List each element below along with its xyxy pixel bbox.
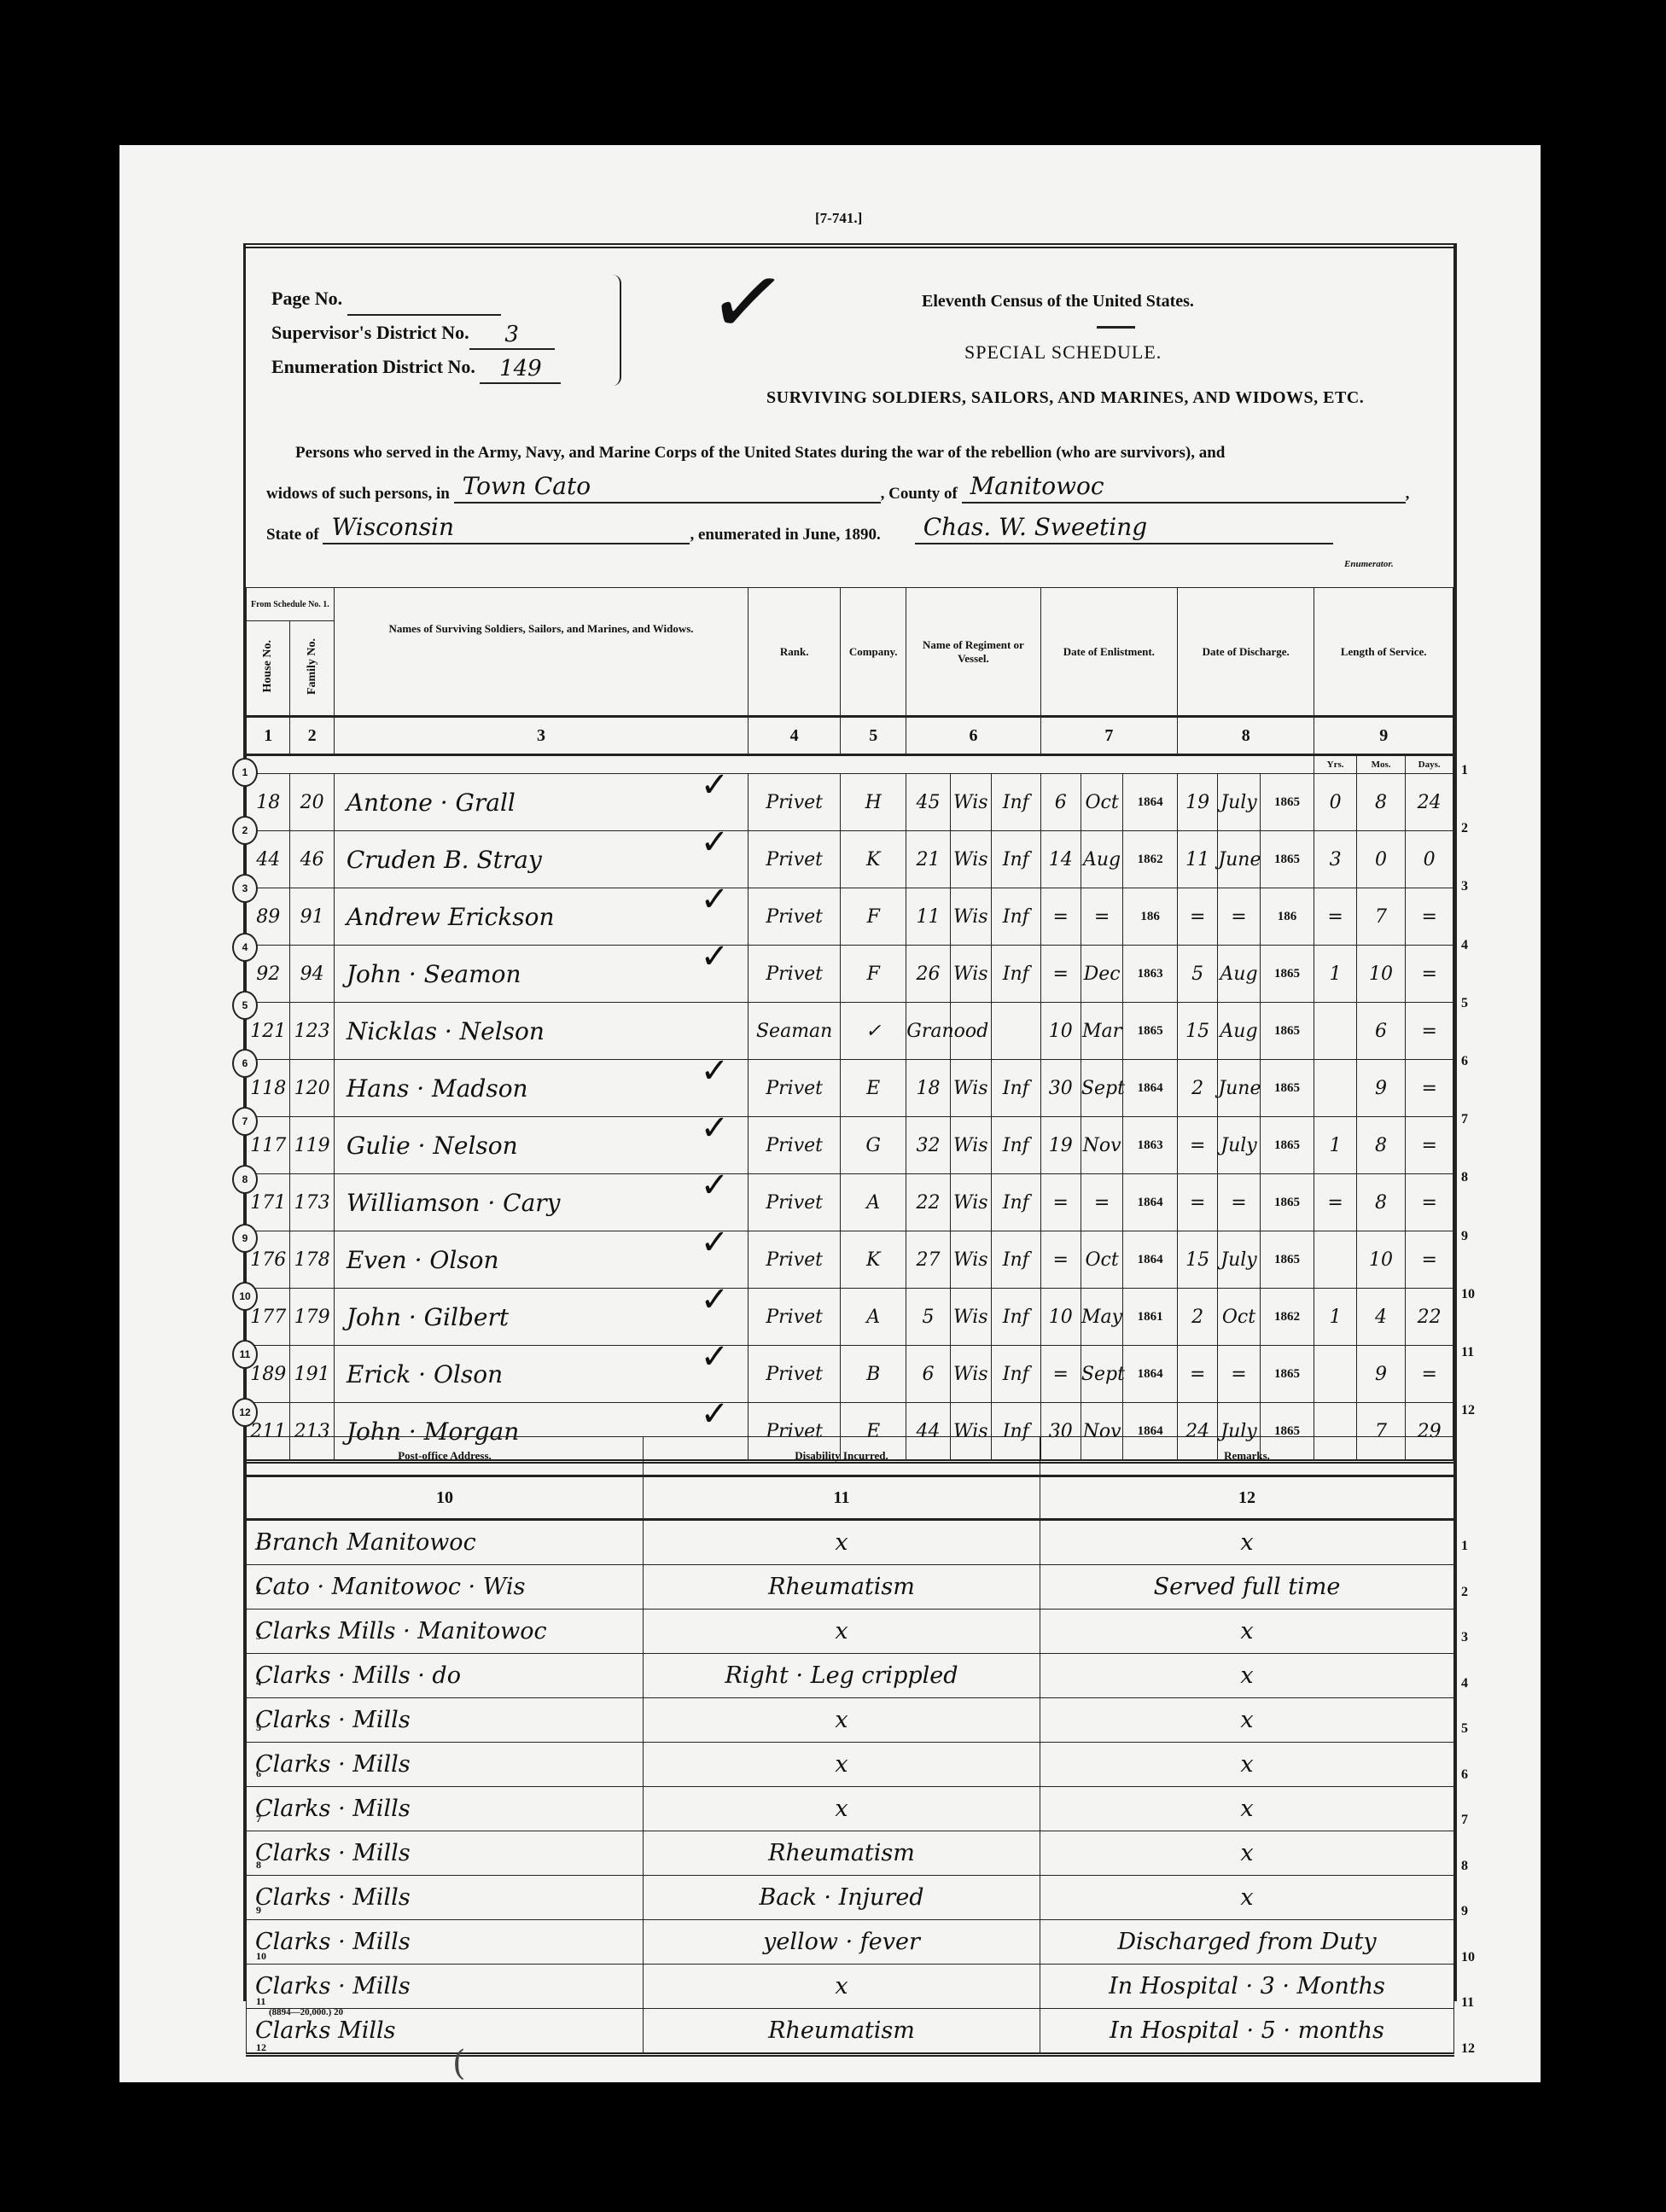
cell-dis-year[interactable]: 1865: [1260, 1117, 1314, 1174]
cell-disability[interactable]: Rheumatism: [644, 1565, 1040, 1610]
cell-address[interactable]: Clarks · Mills: [247, 1965, 644, 2009]
cell-address[interactable]: Clarks · Mills: [247, 1743, 644, 1787]
cell-reg-type[interactable]: Inf: [992, 831, 1041, 888]
cell-address[interactable]: Clarks · Mills: [247, 1787, 644, 1831]
cell-company[interactable]: F: [841, 946, 906, 1003]
cell-reg-type[interactable]: Inf: [992, 946, 1041, 1003]
cell-reg-no[interactable]: 26: [906, 946, 950, 1003]
cell-disability[interactable]: Rheumatism: [644, 2009, 1040, 2055]
cell-enl-year[interactable]: 1864: [1123, 1174, 1178, 1231]
cell-dis-month[interactable]: =: [1218, 1174, 1260, 1231]
cell-enl-year[interactable]: 1863: [1123, 946, 1178, 1003]
left-line-number: 8: [256, 1859, 261, 1871]
soldier-row: 4446Cruden B. Stray✓PrivetK21WisInf14Aug…: [247, 831, 1453, 888]
cell-dis-year[interactable]: 186: [1260, 888, 1314, 946]
cell-dis-year[interactable]: 1865: [1260, 831, 1314, 888]
cell-reg-state[interactable]: Wis: [950, 888, 991, 946]
cell-text: June: [1218, 849, 1261, 870]
cell-company[interactable]: K: [841, 1231, 906, 1289]
cell-reg-state[interactable]: Wis: [950, 1289, 991, 1346]
cell-remarks[interactable]: Discharged from Duty: [1040, 1920, 1454, 1965]
cell-remarks[interactable]: x: [1040, 1654, 1454, 1698]
town-field[interactable]: Town Cato: [454, 471, 881, 504]
stray-mark: (: [452, 2044, 466, 2083]
cell-text: =: [1231, 1364, 1246, 1385]
cell-address[interactable]: Clarks · Mills: [247, 1876, 644, 1920]
cell-text: 1865: [1274, 1253, 1300, 1266]
cell-days[interactable]: =: [1406, 1346, 1453, 1403]
cell-rank[interactable]: Privet: [749, 946, 841, 1003]
left-line-number: 9: [256, 1904, 261, 1917]
cell-remarks[interactable]: x: [1040, 1520, 1454, 1565]
col-num-2: 2: [290, 717, 334, 755]
cell-reg-no[interactable]: 32: [906, 1117, 950, 1174]
cell-mos[interactable]: 7: [1356, 888, 1406, 946]
cell-enl-month[interactable]: Oct: [1081, 774, 1122, 831]
circled-line-number: 6: [232, 1049, 258, 1078]
cell-dis-day[interactable]: =: [1178, 888, 1218, 946]
cell-family[interactable]: 91: [290, 888, 334, 946]
cell-mos[interactable]: 8: [1356, 774, 1406, 831]
cell-days[interactable]: =: [1406, 888, 1453, 946]
cell-enl-month[interactable]: Dec: [1081, 946, 1122, 1003]
cell-text: 1: [1330, 1135, 1342, 1156]
cell-enl-day[interactable]: 10: [1040, 1289, 1081, 1346]
cell-company[interactable]: K: [841, 831, 906, 888]
cell-reg-state[interactable]: Wis: [950, 946, 991, 1003]
cell-text: Sept: [1081, 1078, 1125, 1099]
cell-dis-year[interactable]: 1862: [1260, 1289, 1314, 1346]
cell-company[interactable]: A: [841, 1289, 906, 1346]
cell-address[interactable]: Clarks · Mills · do: [247, 1654, 644, 1698]
cell-enl-day[interactable]: =: [1040, 1231, 1081, 1289]
cell-dis-month[interactable]: Oct: [1218, 1289, 1260, 1346]
cell-company[interactable]: F: [841, 888, 906, 946]
cell-dis-month[interactable]: July: [1218, 1117, 1260, 1174]
widows-label: widows of such persons, in: [266, 485, 450, 504]
cell-reg-no[interactable]: 5: [906, 1289, 950, 1346]
soldier-row: 177179John · Gilbert✓PrivetA5WisInf10May…: [247, 1289, 1453, 1346]
cell-disability[interactable]: x: [644, 1787, 1040, 1831]
cell-dis-month[interactable]: July: [1218, 1231, 1260, 1289]
cell-text: 186: [1140, 910, 1160, 923]
cell-reg-no[interactable]: Granood: [906, 1003, 950, 1060]
cell-enl-day[interactable]: 10: [1040, 1003, 1081, 1060]
cell-dis-day[interactable]: =: [1178, 1117, 1218, 1174]
cell-text: =: [1327, 1192, 1343, 1214]
yrs-subheader: Yrs.: [1314, 755, 1356, 774]
cell-reg-state[interactable]: Wis: [950, 831, 991, 888]
cell-reg-type[interactable]: Inf: [992, 888, 1041, 946]
cell-days[interactable]: =: [1406, 946, 1453, 1003]
cell-reg-type[interactable]: [992, 1003, 1041, 1060]
cell-enl-year[interactable]: 1862: [1123, 831, 1178, 888]
cell-dis-year[interactable]: 1865: [1260, 774, 1314, 831]
cell-text: 2: [1191, 1307, 1203, 1328]
cell-dis-day[interactable]: 15: [1178, 1003, 1218, 1060]
cell-text: 19: [1049, 1135, 1073, 1156]
cell-rank[interactable]: Privet: [749, 1174, 841, 1231]
cell-days[interactable]: 0: [1406, 831, 1453, 888]
cell-company[interactable]: G: [841, 1117, 906, 1174]
cell-dis-month[interactable]: Aug: [1218, 946, 1260, 1003]
cell-dis-day[interactable]: 15: [1178, 1231, 1218, 1289]
cell-enl-day[interactable]: 30: [1040, 1060, 1081, 1117]
cell-text: 30: [1049, 1078, 1073, 1099]
cell-name[interactable]: John · Seamon✓: [334, 946, 748, 1003]
cell-text: Wis: [953, 1135, 988, 1156]
cell-name[interactable]: John · Gilbert✓: [334, 1289, 748, 1346]
cell-text: 176: [250, 1249, 286, 1271]
cell-family[interactable]: 46: [290, 831, 334, 888]
cell-days[interactable]: 22: [1406, 1289, 1453, 1346]
cell-enl-day[interactable]: 19: [1040, 1117, 1081, 1174]
cell-disability[interactable]: x: [644, 1743, 1040, 1787]
cell-text: 27: [916, 1249, 940, 1271]
cell-dis-day[interactable]: =: [1178, 1346, 1218, 1403]
cell-rank[interactable]: Privet: [749, 831, 841, 888]
cell-family[interactable]: 120: [290, 1060, 334, 1117]
cell-disability[interactable]: x: [644, 1520, 1040, 1565]
cell-yrs[interactable]: 1: [1314, 1289, 1356, 1346]
cell-days[interactable]: =: [1406, 1060, 1453, 1117]
cell-enl-month[interactable]: Nov: [1081, 1117, 1122, 1174]
cell-text: Wis: [953, 1078, 988, 1099]
cell-rank[interactable]: Privet: [749, 1060, 841, 1117]
cell-text: Inf: [1003, 1249, 1029, 1271]
cell-reg-state[interactable]: Wis: [950, 1174, 991, 1231]
cell-text: John · Seamon: [347, 960, 521, 988]
cell-dis-year[interactable]: 1865: [1260, 1060, 1314, 1117]
cell-text: 1864: [1138, 795, 1163, 809]
cell-mos[interactable]: 8: [1356, 1174, 1406, 1231]
cell-text: July: [1220, 792, 1256, 813]
cell-text: Wis: [953, 849, 988, 870]
cell-reg-type[interactable]: Inf: [992, 1174, 1041, 1231]
cell-text: Aug: [1220, 1021, 1257, 1042]
cell-yrs[interactable]: [1314, 1231, 1356, 1289]
check-mark-icon: ✓: [701, 765, 730, 805]
cell-text: =: [1053, 963, 1069, 985]
cell-dis-year[interactable]: 1865: [1260, 1346, 1314, 1403]
cell-remarks[interactable]: x: [1040, 1831, 1454, 1876]
cell-dis-day[interactable]: 2: [1178, 1060, 1218, 1117]
line-number: 11: [1461, 1345, 1474, 1360]
cell-name[interactable]: Andrew Erickson✓: [334, 888, 748, 946]
cell-yrs[interactable]: 0: [1314, 774, 1356, 831]
cell-enl-month[interactable]: Oct: [1081, 1231, 1122, 1289]
cell-reg-type[interactable]: Inf: [992, 1060, 1041, 1117]
cell-text: Wis: [953, 1307, 988, 1328]
cell-enl-year[interactable]: 1861: [1123, 1289, 1178, 1346]
cell-rank[interactable]: Privet: [749, 774, 841, 831]
cell-yrs[interactable]: 3: [1314, 831, 1356, 888]
cell-text: 0: [1375, 849, 1387, 870]
circled-line-number: 1: [232, 758, 258, 787]
cell-company[interactable]: A: [841, 1174, 906, 1231]
cell-dis-month[interactable]: July: [1218, 774, 1260, 831]
cell-remarks[interactable]: x: [1040, 1876, 1454, 1920]
cell-reg-type[interactable]: Inf: [992, 1117, 1041, 1174]
cell-enl-day[interactable]: =: [1040, 1174, 1081, 1231]
cell-enl-year[interactable]: 1864: [1123, 1231, 1178, 1289]
cell-text: 1861: [1138, 1310, 1163, 1324]
cell-family[interactable]: 178: [290, 1231, 334, 1289]
cell-rank[interactable]: Privet: [749, 1346, 841, 1403]
cell-reg-no[interactable]: 21: [906, 831, 950, 888]
cell-days[interactable]: =: [1406, 1231, 1453, 1289]
cell-text: 123: [294, 1021, 330, 1042]
cell-reg-no[interactable]: 6: [906, 1346, 950, 1403]
cell-company[interactable]: H: [841, 774, 906, 831]
cell-name[interactable]: Cruden B. Stray✓: [334, 831, 748, 888]
cell-text: 92: [256, 963, 280, 985]
cell-rank[interactable]: Seaman: [749, 1003, 841, 1060]
cell-dis-month[interactable]: June: [1218, 831, 1260, 888]
line-number: 11: [1461, 1995, 1474, 2011]
cell-text: 171: [250, 1192, 286, 1214]
from-schedule-header: From Schedule No. 1.: [247, 588, 335, 621]
cell-enl-month[interactable]: Mar: [1081, 1003, 1122, 1060]
cell-family[interactable]: 179: [290, 1289, 334, 1346]
cell-rank[interactable]: Privet: [749, 888, 841, 946]
page-no-field[interactable]: [347, 287, 501, 316]
cell-text: G: [865, 1135, 881, 1156]
cell-name[interactable]: Antone · Grall✓: [334, 774, 748, 831]
cell-days[interactable]: =: [1406, 1003, 1453, 1060]
cell-text: 10: [1049, 1307, 1073, 1328]
address-row: Clarks · MillsBack · Injuredx: [247, 1876, 1454, 1920]
cell-text: 5: [1191, 963, 1203, 985]
cell-reg-state[interactable]: Wis: [950, 774, 991, 831]
cell-enl-day[interactable]: 14: [1040, 831, 1081, 888]
cell-mos[interactable]: 4: [1356, 1289, 1406, 1346]
cell-text: 118: [250, 1078, 286, 1099]
enumerator-signature[interactable]: Chas. W. Sweeting: [915, 512, 1333, 544]
cell-dis-year[interactable]: 1865: [1260, 1174, 1314, 1231]
cell-enl-day[interactable]: =: [1040, 1346, 1081, 1403]
cell-name[interactable]: Hans · Madson✓: [334, 1060, 748, 1117]
cell-dis-year[interactable]: 1865: [1260, 1231, 1314, 1289]
cell-text: H: [865, 792, 882, 813]
cell-remarks[interactable]: x: [1040, 1610, 1454, 1654]
cell-disability[interactable]: Right · Leg crippled: [644, 1654, 1040, 1698]
cell-reg-state[interactable]: Wis: [950, 1060, 991, 1117]
cell-reg-no[interactable]: 18: [906, 1060, 950, 1117]
cell-enl-day[interactable]: =: [1040, 946, 1081, 1003]
cell-rank[interactable]: Privet: [749, 1231, 841, 1289]
cell-enl-month[interactable]: May: [1081, 1289, 1122, 1346]
cell-company[interactable]: ✓: [841, 1003, 906, 1060]
cell-text: =: [1421, 1078, 1436, 1099]
cell-text: 89: [256, 906, 280, 928]
cell-name[interactable]: Nicklas · Nelson: [334, 1003, 748, 1060]
cell-reg-state[interactable]: Wis: [950, 1231, 991, 1289]
cell-text: Privet: [766, 849, 823, 870]
cell-company[interactable]: B: [841, 1346, 906, 1403]
cell-family[interactable]: 94: [290, 946, 334, 1003]
cell-text: Privet: [766, 963, 823, 985]
cell-yrs[interactable]: [1314, 1060, 1356, 1117]
cell-text: 189: [250, 1364, 286, 1385]
cell-reg-no[interactable]: 27: [906, 1231, 950, 1289]
cell-family[interactable]: 173: [290, 1174, 334, 1231]
col-num-11: 11: [644, 1476, 1040, 1520]
cell-text: 3: [1330, 849, 1342, 870]
cell-text: Oct: [1085, 1249, 1118, 1271]
cell-name[interactable]: Erick · Olson✓: [334, 1346, 748, 1403]
cell-yrs[interactable]: [1314, 1346, 1356, 1403]
cell-text: 1864: [1138, 1196, 1163, 1209]
cell-company[interactable]: E: [841, 1060, 906, 1117]
cell-reg-type[interactable]: Inf: [992, 1346, 1041, 1403]
cell-dis-day[interactable]: 5: [1178, 946, 1218, 1003]
cell-dis-month[interactable]: June: [1218, 1060, 1260, 1117]
cell-enl-year[interactable]: 1864: [1123, 774, 1178, 831]
cell-dis-month[interactable]: Aug: [1218, 1003, 1260, 1060]
county-label: , County of: [881, 485, 958, 504]
cell-days[interactable]: =: [1406, 1117, 1453, 1174]
cell-enl-month[interactable]: Sept: [1081, 1060, 1122, 1117]
cell-remarks[interactable]: x: [1040, 1787, 1454, 1831]
cell-name[interactable]: Gulie · Nelson✓: [334, 1117, 748, 1174]
cell-family[interactable]: 123: [290, 1003, 334, 1060]
cell-name[interactable]: Williamson · Cary✓: [334, 1174, 748, 1231]
brace-decoration: [613, 275, 621, 386]
cell-text: 121: [250, 1021, 286, 1042]
cell-address[interactable]: Clarks Mills · Manitowoc: [247, 1610, 644, 1654]
cell-remarks[interactable]: In Hospital · 5 · months: [1040, 2009, 1454, 2055]
cell-enl-month[interactable]: Sept: [1081, 1346, 1122, 1403]
cell-yrs[interactable]: 1: [1314, 1117, 1356, 1174]
cell-dis-month[interactable]: =: [1218, 1346, 1260, 1403]
cell-enl-year[interactable]: 1864: [1123, 1346, 1178, 1403]
cell-address[interactable]: Clarks · Mills: [247, 1698, 644, 1743]
enumeration-district-field[interactable]: 149: [480, 355, 561, 384]
cell-mos[interactable]: 10: [1356, 1231, 1406, 1289]
supervisor-district-field[interactable]: 3: [469, 321, 555, 350]
cell-enl-year[interactable]: 186: [1123, 888, 1178, 946]
cell-enl-month[interactable]: Aug: [1081, 831, 1122, 888]
cell-disability[interactable]: x: [644, 1698, 1040, 1743]
cell-disability[interactable]: Back · Injured: [644, 1876, 1040, 1920]
county-field[interactable]: Manitowoc: [962, 471, 1406, 504]
district-block: Page No. Supervisor's District No.3 Enum…: [271, 282, 561, 384]
line-number: 5: [1461, 1721, 1468, 1737]
supervisor-label: Supervisor's District No.: [271, 316, 469, 350]
cell-rank[interactable]: Privet: [749, 1117, 841, 1174]
cell-text: Wis: [953, 906, 988, 928]
cell-reg-no[interactable]: 45: [906, 774, 950, 831]
cell-mos[interactable]: 9: [1356, 1060, 1406, 1117]
cell-enl-month[interactable]: =: [1081, 888, 1122, 946]
cell-remarks[interactable]: In Hospital · 3 · Months: [1040, 1965, 1454, 2009]
cell-text: =: [1421, 1135, 1436, 1156]
state-field[interactable]: Wisconsin: [323, 512, 690, 544]
cell-days[interactable]: 24: [1406, 774, 1453, 831]
cell-text: 186: [1278, 910, 1297, 923]
line-number: 7: [1461, 1112, 1468, 1127]
cell-reg-type[interactable]: Inf: [992, 1289, 1041, 1346]
cell-rank[interactable]: Privet: [749, 1289, 841, 1346]
cell-days[interactable]: =: [1406, 1174, 1453, 1231]
cell-family[interactable]: 119: [290, 1117, 334, 1174]
cell-mos[interactable]: 9: [1356, 1346, 1406, 1403]
cell-reg-no[interactable]: 11: [906, 888, 950, 946]
cell-text: 10: [1369, 1249, 1393, 1271]
cell-reg-type[interactable]: Inf: [992, 1231, 1041, 1289]
cell-mos[interactable]: 10: [1356, 946, 1406, 1003]
cell-text: Inf: [1003, 1364, 1029, 1385]
cell-mos[interactable]: 8: [1356, 1117, 1406, 1174]
cell-family[interactable]: 191: [290, 1346, 334, 1403]
cell-text: John · Gilbert: [347, 1303, 509, 1331]
cell-dis-day[interactable]: 11: [1178, 831, 1218, 888]
line-number: 6: [1461, 1054, 1468, 1069]
cell-yrs[interactable]: 1: [1314, 946, 1356, 1003]
cell-yrs[interactable]: =: [1314, 1174, 1356, 1231]
cell-disability[interactable]: x: [644, 1965, 1040, 2009]
cell-text: Seaman: [756, 1021, 832, 1042]
cell-address[interactable]: Cato · Manitowoc · Wis: [247, 1565, 644, 1610]
cell-family[interactable]: 20: [290, 774, 334, 831]
cell-mos[interactable]: 6: [1356, 1003, 1406, 1060]
cell-disability[interactable]: Rheumatism: [644, 1831, 1040, 1876]
cell-disability[interactable]: x: [644, 1610, 1040, 1654]
address-disability-table: Post-office Address. Disability Incurred…: [246, 1436, 1454, 2057]
cell-reg-type[interactable]: Inf: [992, 774, 1041, 831]
cell-text: 177: [250, 1307, 286, 1328]
cell-text: July: [1220, 1249, 1256, 1271]
cell-mos[interactable]: 0: [1356, 831, 1406, 888]
cell-address[interactable]: Clarks · Mills: [247, 1920, 644, 1965]
cell-disability[interactable]: yellow · fever: [644, 1920, 1040, 1965]
cell-dis-month[interactable]: =: [1218, 888, 1260, 946]
cell-remarks[interactable]: x: [1040, 1743, 1454, 1787]
disability-header: Disability Incurred.: [644, 1437, 1040, 1476]
cell-enl-day[interactable]: 6: [1040, 774, 1081, 831]
cell-reg-state[interactable]: Wis: [950, 1346, 991, 1403]
cell-dis-year[interactable]: 1865: [1260, 946, 1314, 1003]
cell-enl-year[interactable]: 1865: [1123, 1003, 1178, 1060]
cell-dis-day[interactable]: 19: [1178, 774, 1218, 831]
line-number: 6: [1461, 1767, 1468, 1783]
cell-enl-year[interactable]: 1863: [1123, 1117, 1178, 1174]
cell-reg-no[interactable]: 22: [906, 1174, 950, 1231]
left-line-number: 7: [256, 1813, 261, 1825]
cell-address[interactable]: Branch Manitowoc: [247, 1520, 644, 1565]
cell-text: 18: [256, 792, 280, 813]
cell-enl-month[interactable]: =: [1081, 1174, 1122, 1231]
cell-name[interactable]: Even · Olson✓: [334, 1231, 748, 1289]
cell-yrs[interactable]: =: [1314, 888, 1356, 946]
cell-reg-state[interactable]: Wis: [950, 1117, 991, 1174]
cell-remarks[interactable]: x: [1040, 1698, 1454, 1743]
cell-yrs[interactable]: [1314, 1003, 1356, 1060]
cell-enl-year[interactable]: 1864: [1123, 1060, 1178, 1117]
cell-address[interactable]: Clarks · Mills: [247, 1831, 644, 1876]
cell-enl-day[interactable]: =: [1040, 888, 1081, 946]
cell-text: =: [1190, 1135, 1205, 1156]
cell-dis-day[interactable]: 2: [1178, 1289, 1218, 1346]
address-row: Branch Manitowocxx: [247, 1520, 1454, 1565]
cell-remarks[interactable]: Served full time: [1040, 1565, 1454, 1610]
cell-dis-year[interactable]: 1865: [1260, 1003, 1314, 1060]
cell-text: Williamson · Cary: [347, 1189, 561, 1217]
cell-dis-day[interactable]: =: [1178, 1174, 1218, 1231]
line-number: 3: [1461, 1630, 1468, 1645]
cell-text: A: [866, 1307, 880, 1328]
